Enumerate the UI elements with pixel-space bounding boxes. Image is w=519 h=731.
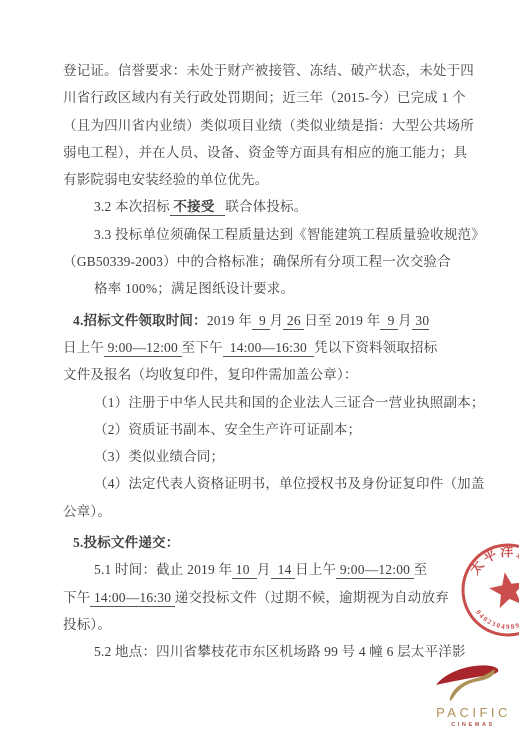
text-run: 不接受 [170,199,225,216]
text-line: 3.2 本次招标 不接受 联合体投标。 [63,193,463,220]
seal-star-icon [489,572,519,608]
text-run: 9 [380,313,398,330]
document-page: 登记证。信誉要求：未处于财产被接管、冻结、破产状态，未处于四川省行政区域内有关行… [0,0,519,731]
text-line: 公章）。 [63,498,463,525]
text-run: （1）注册于中华人民共和国的企业法人三证合一营业执照副本； [94,395,485,410]
text-run: 月 [257,562,271,577]
text-run: 月 [270,313,284,328]
text-run: 9 [252,313,270,330]
text-line: 投标）。 [63,611,463,638]
pacific-swoosh-icon [433,660,511,704]
text-run: （2）资质证书副本、安全生产许可证副本； [94,422,361,437]
text-run: 公章）。 [63,504,111,519]
text-line: 文件及报名（均收复印件，复印件需加盖公章）： [63,361,463,388]
text-run: 5.2 地点：四川省攀枝花市东区机场路 99 号 4 幢 6 层太平洋影 [94,644,466,659]
text-line: 下午 14:00—16:30 递交投标文件（过期不候，逾期视为自动放弃 [63,584,463,611]
text-run: （3）类似业绩合同； [94,449,224,464]
text-run: 登记证。信誉要求：未处于财产被接管、冻结、破产状态，未处于四 [63,63,474,78]
text-line: 5.投标文件递交： [63,529,463,556]
text-line: 日上午 9:00—12:00 至下午 14:00—16:30 凭以下资料领取招标 [63,334,463,361]
text-line: （GB50339-2003）中的合格标准；确保所有分项工程一次交验合 [63,248,463,275]
text-line: （且为四川省内业绩）类似项目业绩（类似业绩是指：大型公共场所 [63,112,463,139]
text-run: 至 [414,562,428,577]
text-run: 日上午 [63,340,104,355]
seal-ring [463,545,519,635]
text-run: 投标）。 [63,617,111,632]
text-run: 联合体投标。 [225,199,307,214]
text-run: 弱电工程），并在人员、设备、资金等方面具有相应的施工能力；具 [63,145,467,160]
logo-brand-text: PACIFIC [430,705,514,720]
text-line: 弱电工程），并在人员、设备、资金等方面具有相应的施工能力；具 [63,139,463,166]
text-run: 4.招标文件领取时间： [73,313,207,328]
text-run: 递交投标文件（过期不候，逾期视为自动放弃 [175,590,449,605]
text-run: 30 [412,313,429,330]
text-run: 14:00—16:30 [90,590,174,607]
text-line: （4）法定代表人资格证明书，单位授权书及身份证复印件（加盖 [63,470,463,497]
logo-sub-text: CINEMAS [430,722,514,728]
text-line: 有影院弱电安装经验的单位优先。 [63,166,463,193]
text-run: 有影院弱电安装经验的单位优先。 [63,172,269,187]
text-line: 川省行政区域内有关行政处罚期间；近三年（2015-今）已完成 1 个 [63,84,463,111]
text-line: （3）类似业绩合同； [63,443,463,470]
text-run: 月 [398,313,412,328]
text-run: 9:00—12:00 [336,562,413,579]
text-run: 9:00—12:00 [104,340,181,357]
text-run: 至下午 [182,340,223,355]
text-run: 10 [232,562,257,579]
text-line: 4.招标文件领取时间：2019 年 9 月 26 日至 2019 年 9 月 3… [63,307,463,334]
text-run: （GB50339-2003）中的合格标准；确保所有分项工程一次交验合 [63,254,451,269]
text-run: 14:00—16:30 [223,340,315,357]
text-run: 格率 100%；满足图纸设计要求。 [94,281,294,296]
text-run: 日至 2019 年 [304,313,380,328]
text-run: 3.2 本次招标 [94,199,170,214]
document-body: 登记证。信誉要求：未处于财产被接管、冻结、破产状态，未处于四川省行政区域内有关行… [63,57,463,666]
text-run: （4）法定代表人资格证明书，单位授权书及身份证复印件（加盖 [94,476,485,491]
text-run: 日上午 [295,562,336,577]
text-run: 川省行政区域内有关行政处罚期间；近三年（2015-今）已完成 1 个 [63,90,466,105]
text-line: （1）注册于中华人民共和国的企业法人三证合一营业执照副本； [63,389,463,416]
text-run: 下午 [63,590,90,605]
text-run: 5.1 时间：截止 2019 年 [94,562,232,577]
seal-serial-number: 0402304989 [474,608,519,631]
seal-graphic: 太平洋影业 0402304989 [463,544,519,635]
text-run: 3.3 投标单位须确保工程质量达到《智能建筑工程质量验收规范》 [94,227,485,242]
text-run: 5.投标文件递交： [73,535,179,550]
text-run: （且为四川省内业绩）类似项目业绩（类似业绩是指：大型公共场所 [63,118,474,133]
seal-arc-text: 太平洋影业 [467,544,519,577]
text-line: 3.3 投标单位须确保工程质量达到《智能建筑工程质量验收规范》 [63,221,463,248]
text-run: 26 [283,313,304,330]
text-run: 凭以下资料领取招标 [314,340,437,355]
pacific-cinemas-logo: PACIFIC CINEMAS [430,660,514,728]
text-line: 格率 100%；满足图纸设计要求。 [63,275,463,302]
text-line: （2）资质证书副本、安全生产许可证副本； [63,416,463,443]
text-run: 14 [271,562,296,579]
text-line: 登记证。信誉要求：未处于财产被接管、冻结、破产状态，未处于四 [63,57,463,84]
text-run: 2019 年 [207,313,252,328]
text-run: 文件及报名（均收复印件，复印件需加盖公章）： [63,367,358,382]
text-line: 5.1 时间：截止 2019 年 10 月 14 日上午 9:00—12:00 … [63,556,463,583]
text-line: 5.2 地点：四川省攀枝花市东区机场路 99 号 4 幢 6 层太平洋影 [63,638,463,665]
